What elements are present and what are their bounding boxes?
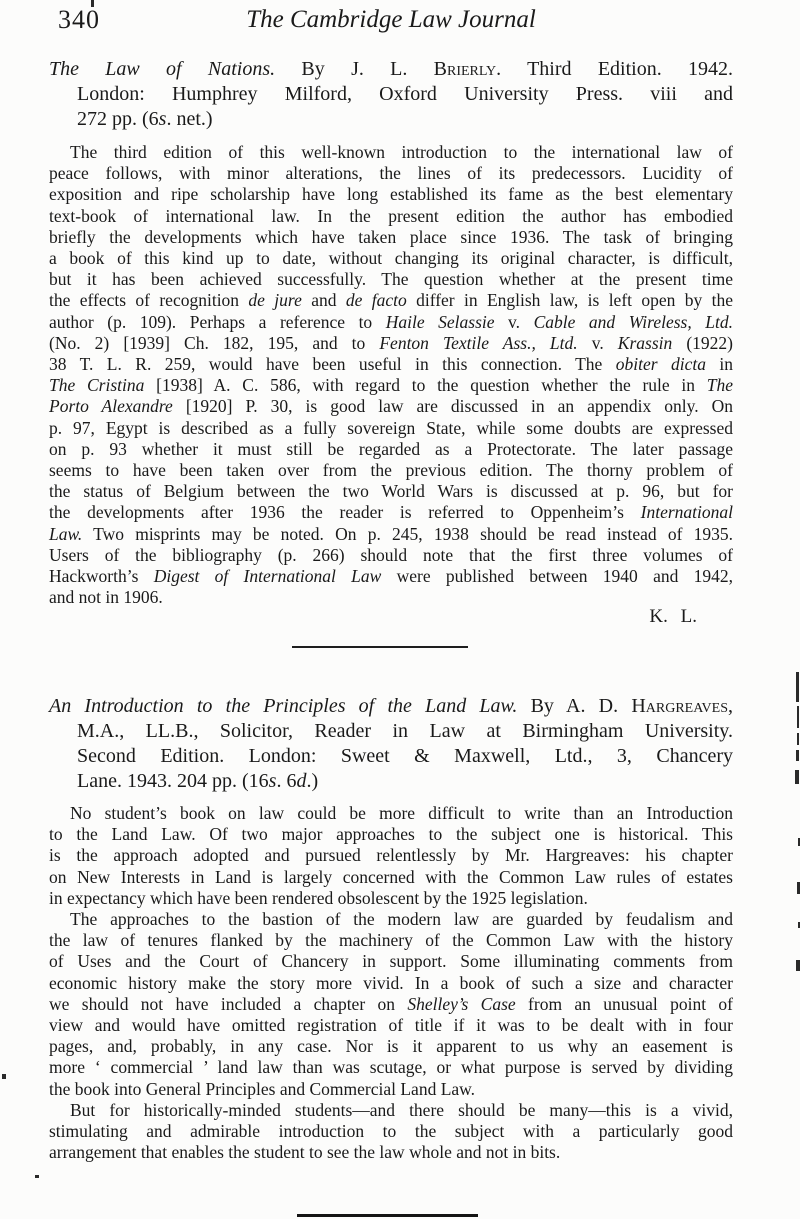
text-line: briefly the developments which have take… [49, 227, 733, 248]
text-line: author (p. 109). Perhaps a reference to … [49, 312, 733, 333]
text-line: 272 pp. (6s. net.) [77, 107, 733, 132]
text-line: exposition and ripe scholarship have lon… [49, 184, 733, 205]
text-line: economic history make the story more viv… [49, 973, 733, 994]
text-line: (No. 2) [1939] Ch. 182, 195, and to Fent… [49, 333, 733, 354]
section-divider [292, 646, 468, 648]
text-line: The Cristina [1938] A. C. 586, with rega… [49, 375, 733, 396]
reviewer-initials: K. L. [49, 606, 733, 628]
text-line: London: Humphrey Milford, Oxford Univers… [77, 82, 733, 107]
review-body-hargreaves: No student’s book on law could be more d… [49, 803, 733, 1163]
review-body-brierly: The third edition of this well-known int… [49, 142, 733, 608]
text-line: the effects of recognition de jure and d… [49, 290, 733, 311]
scan-artifact [797, 706, 799, 728]
text-line: The third edition of this well-known int… [49, 142, 733, 163]
text-line: But for historically-minded students—and… [49, 1100, 733, 1121]
page-number: 340 [58, 7, 100, 33]
bottom-divider [297, 1214, 478, 1217]
text-line: No student’s book on law could be more d… [49, 803, 733, 824]
journal-title: The Cambridge Law Journal [49, 6, 733, 34]
text-line: p. 97, Egypt is described as a fully sov… [49, 418, 733, 439]
text-line: text-book of international law. In the p… [49, 206, 733, 227]
scan-artifact [796, 750, 799, 761]
text-line: but it has been achieved successfully. T… [49, 269, 733, 290]
text-line: 38 T. L. R. 259, would have been useful … [49, 354, 733, 375]
text-line: seems to have been taken over from the p… [49, 460, 733, 481]
text-line: pages, and, probably, in any case. Nor i… [49, 1036, 733, 1057]
scan-artifact [796, 960, 800, 971]
review-heading-brierly: The Law of Nations. By J. L. Brierly. Th… [49, 57, 733, 132]
text-line: in expectancy which have been rendered o… [49, 888, 733, 909]
text-line: the law of tenures flanked by the machin… [49, 930, 733, 951]
text-line: view and would have omitted registration… [49, 1015, 733, 1036]
text-line: M.A., LL.B., Solicitor, Reader in Law at… [77, 719, 733, 744]
scan-artifact [795, 770, 799, 784]
text-line: The approaches to the bastion of the mod… [49, 909, 733, 930]
scan-artifact [91, 0, 94, 7]
text-line: a book of this kind up to date, without … [49, 248, 733, 269]
text-line: The Law of Nations. By J. L. Brierly. Th… [49, 57, 733, 82]
text-line: the developments after 1936 the reader i… [49, 502, 733, 523]
text-line: Porto Alexandre [1920] P. 30, is good la… [49, 396, 733, 417]
text-line: the book into General Principles and Com… [49, 1079, 733, 1100]
text-line: peace follows, with minor alterations, t… [49, 163, 733, 184]
journal-page: 340 The Cambridge Law Journal The Law of… [0, 0, 800, 1219]
text-line: is the approach adopted and pursued rele… [49, 845, 733, 866]
text-line: to the Land Law. Of two major approaches… [49, 824, 733, 845]
text-line: Second Edition. London: Sweet & Maxwell,… [77, 744, 733, 769]
scan-artifact [797, 733, 799, 745]
text-line: of Uses and the Court of Chancery in sup… [49, 951, 733, 972]
text-line: Hackworth’s Digest of International Law … [49, 566, 733, 587]
text-line: Users of the bibliography (p. 266) shoul… [49, 545, 733, 566]
text-line: on p. 93 whether it must still be regard… [49, 439, 733, 460]
text-line: the status of Belgium between the two Wo… [49, 481, 733, 502]
text-line: we should not have included a chapter on… [49, 994, 733, 1015]
scan-artifact [35, 1175, 39, 1178]
text-line: arrangement that enables the student to … [49, 1142, 733, 1163]
text-line: on New Interests in Land is largely conc… [49, 867, 733, 888]
text-line: Lane. 1943. 204 pp. (16s. 6d.) [77, 769, 733, 794]
scan-artifact [2, 1074, 6, 1079]
text-line: Law. Two misprints may be noted. On p. 2… [49, 524, 733, 545]
scan-artifact [796, 672, 799, 702]
text-line: stimulating and admirable introduction t… [49, 1121, 733, 1142]
text-line: An Introduction to the Principles of the… [49, 694, 733, 719]
page-header: 340 The Cambridge Law Journal [49, 6, 733, 36]
review-heading-hargreaves: An Introduction to the Principles of the… [49, 694, 733, 794]
text-line: more ‘ commercial ’ land law than was sc… [49, 1057, 733, 1078]
